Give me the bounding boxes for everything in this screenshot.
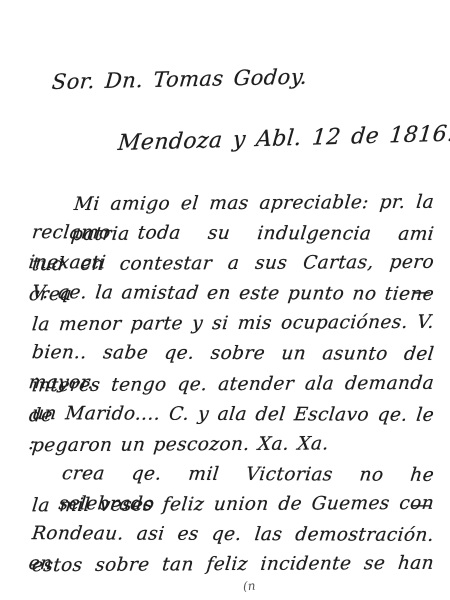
body-line: la menor parte y si mis ocupaciónes. V. [31,308,436,341]
body-line: pegaron un pescozon. Xa. Xa. [31,429,436,462]
body-line: un Marido.... C. y ala del Esclavo qe. l… [30,399,435,431]
body-line: interes tengo qe. atender ala demanda de [31,368,436,401]
footnote-mark: (n [243,579,256,594]
body-line: V. qe. la amistad en este punto no tiene [30,278,435,310]
letter-page: Sor. Dn. Tomas Godoy. Mendoza y Abl. 12 … [0,0,450,600]
body-line: bien.. sabe qe. sobre un asunto del mayo… [30,339,435,371]
body-line: Mi amigo el mas apreciable: pr. la patri… [31,188,436,221]
letter-body: Mi amigo el mas apreciable: pr. la patri… [32,189,434,580]
body-line: estos sobre tan feliz incidente se han [31,549,436,582]
dateline: Mendoza y Abl. 12 de 1816. [117,122,450,156]
salutation-line: Sor. Dn. Tomas Godoy. [51,65,308,94]
body-line: Rondeau. asi es qe. las demostración. en [30,519,435,551]
body-line: crea qe. mil Victorias no he selebrado — [30,459,435,491]
body-line: la mil veses feliz union de Guemes con [31,489,436,522]
body-line: reclamo toda su indulgencia ami inexacti [30,218,435,250]
body-line: tud en contestar a sus Cartas, pero crea… [31,248,436,281]
